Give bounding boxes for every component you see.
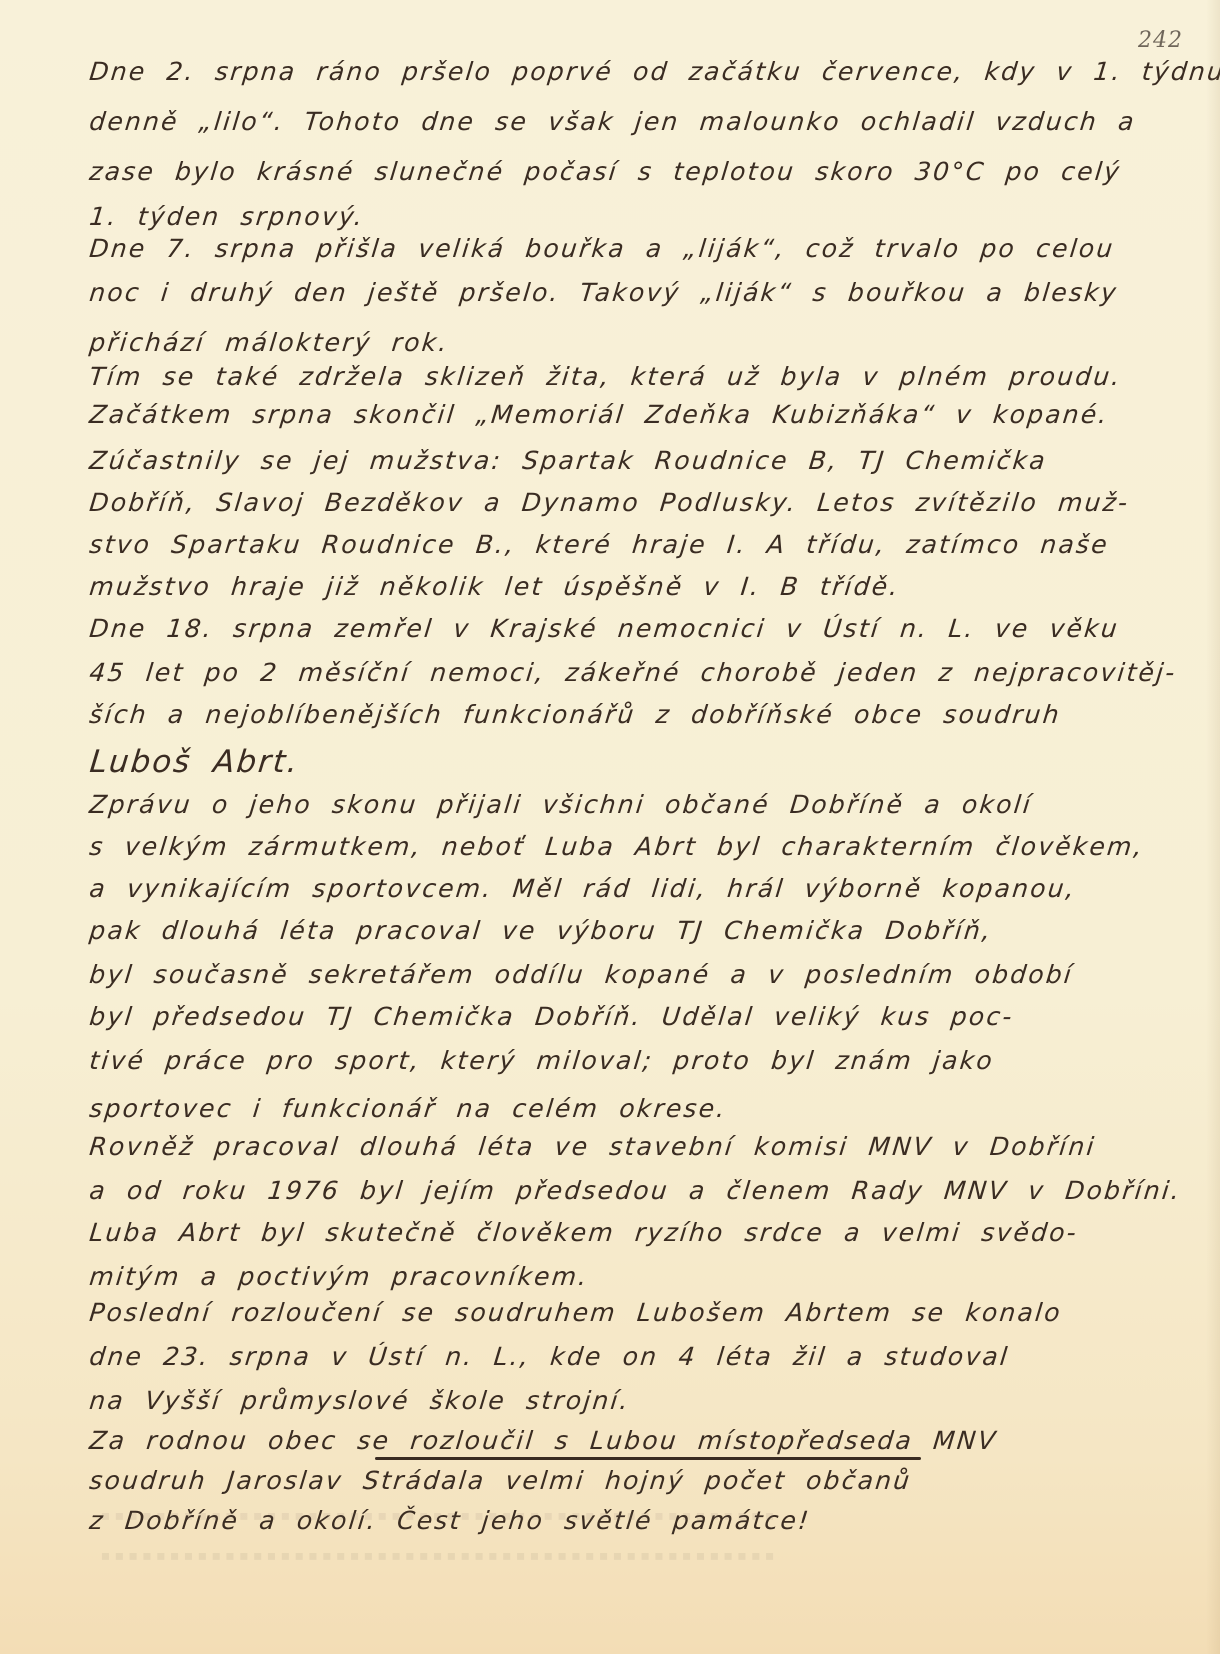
text-line: soudruh Jaroslav Strádala velmi hojný po… xyxy=(88,1466,913,1495)
text-line: Dobříň, Slavoj Bezděkov a Dynamo Podlusk… xyxy=(88,488,1131,517)
text-line: denně „lilo“. Tohoto dne se však jen mal… xyxy=(88,107,1137,136)
text-line: mužstvo hraje již několik let úspěšně v … xyxy=(88,572,901,601)
text-line: na Vyšší průmyslové škole strojní. xyxy=(88,1386,631,1415)
text-line: Zprávu o jeho skonu přijali všichni obča… xyxy=(88,790,1034,819)
text-line: Dne 7. srpna přišla veliká bouřka a „lij… xyxy=(88,234,1116,263)
text-line: byl současně sekretářem oddílu kopané a … xyxy=(88,960,1075,989)
text-line: pak dlouhá léta pracoval ve výboru TJ Ch… xyxy=(88,916,994,945)
page-number: 242 xyxy=(1138,28,1183,53)
bleed-through-text: ▪▪▪▪▪▪▪▪▪▪▪▪▪▪▪▪▪▪▪▪▪▪▪▪▪▪▪▪▪▪▪▪▪▪▪▪▪▪▪▪… xyxy=(100,1505,1100,1526)
text-line: 45 let po 2 měsíční nemoci, zákeřné chor… xyxy=(88,658,1178,687)
text-line: a od roku 1976 byl jejím předsedou a čle… xyxy=(88,1176,1183,1205)
text-line: Dne 2. srpna ráno pršelo poprvé od začát… xyxy=(88,57,1220,86)
text-line: mitým a poctivým pracovníkem. xyxy=(88,1262,590,1291)
text-line: Luba Abrt byl skutečně člověkem ryzího s… xyxy=(88,1218,1080,1247)
text-line: zase bylo krásné slunečné počasí s teplo… xyxy=(88,157,1123,186)
text-line: a vynikajícím sportovcem. Měl rád lidi, … xyxy=(88,874,1078,903)
text-line: dne 23. srpna v Ústí n. L., kde on 4 lét… xyxy=(88,1342,1011,1371)
text-line: Začátkem srpna skončil „Memoriál Zdeňka … xyxy=(88,400,1110,429)
text-line: Rovněž pracoval dlouhá léta ve stavební … xyxy=(88,1132,1097,1161)
text-line: Tím se také zdržela sklizeň žita, která … xyxy=(88,362,1123,391)
text-line: tivé práce pro sport, který miloval; pro… xyxy=(88,1046,996,1075)
bleed-through-text: ▪▪▪▪▪▪▪▪▪▪▪▪▪▪▪▪▪▪▪▪▪▪▪▪▪▪▪▪▪▪▪▪▪▪▪▪▪▪▪▪… xyxy=(100,1545,1100,1566)
text-line: s velkým zármutkem, neboť Luba Abrt byl … xyxy=(88,832,1145,861)
text-line: sportovec i funkcionář na celém okrese. xyxy=(88,1094,728,1123)
text-line: 1. týden srpnový. xyxy=(88,202,366,231)
text-line: ších a nejoblíbenějších funkcionářů z do… xyxy=(88,700,1062,729)
text-line: stvo Spartaku Roudnice B., které hraje I… xyxy=(88,530,1111,559)
text-line: Zúčastnily se jej mužstva: Spartak Roudn… xyxy=(88,446,1048,475)
document-page: 242 Dne 2. srpna ráno pršelo poprvé od z… xyxy=(0,0,1220,1654)
text-line: přichází málokterý rok. xyxy=(88,328,450,357)
text-line: Dne 18. srpna zemřel v Krajské nemocnici… xyxy=(88,614,1121,643)
text-line: Poslední rozloučení se soudruhem Lubošem… xyxy=(88,1298,1063,1327)
text-line: noc i druhý den ještě pršelo. Takový „li… xyxy=(88,278,1120,307)
text-line: Za rodnou obec se rozloučil s Lubou míst… xyxy=(88,1426,999,1455)
text-line: byl předsedou TJ Chemička Dobříň. Udělal… xyxy=(88,1002,1015,1031)
text-line: Luboš Abrt. xyxy=(88,744,301,780)
closing-underline xyxy=(375,1457,921,1460)
